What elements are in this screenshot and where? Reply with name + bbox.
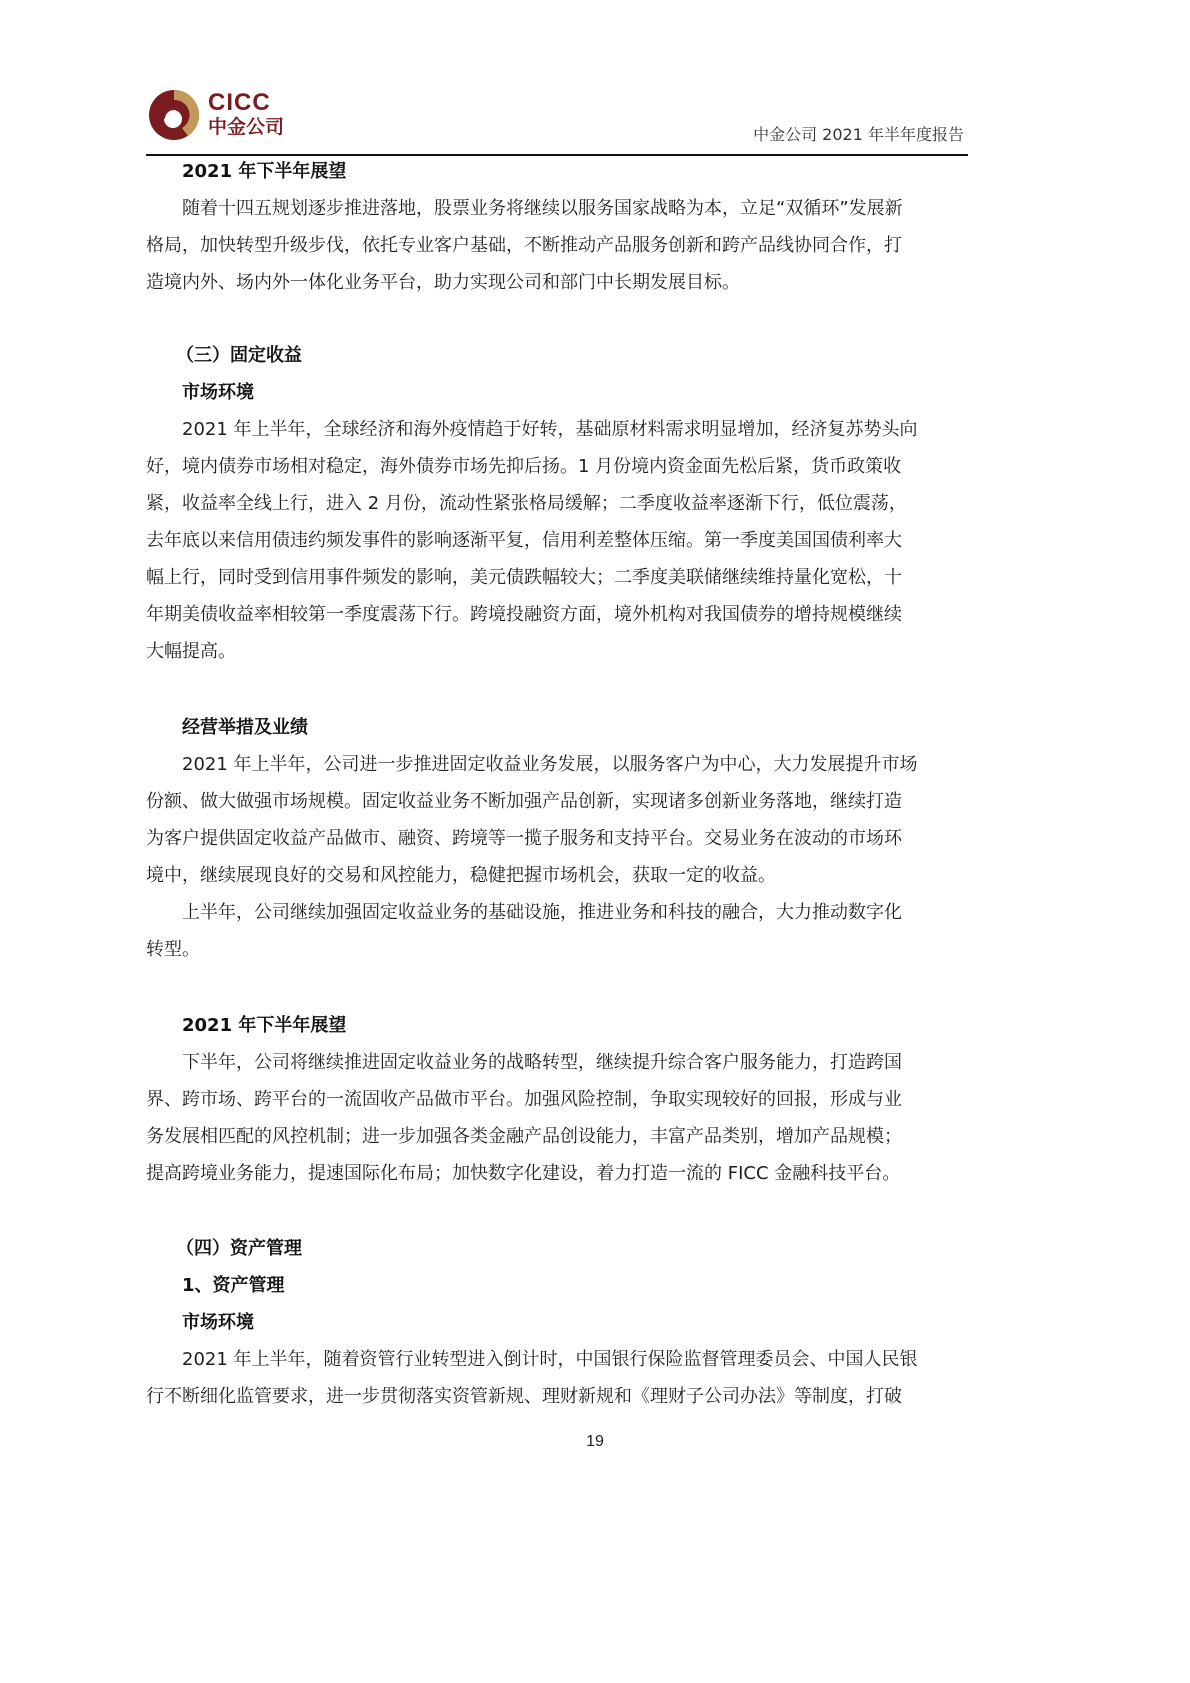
paragraph-line: 好，境内债券市场相对稳定，海外债券市场先抑后扬。1 月份境内资金面先松后紧，货币…: [146, 452, 901, 482]
heading-operations-performance: 经营举措及业绩: [182, 713, 308, 743]
paragraph-line: 格局，加快转型升级步伐，依托专业客户基础，不断推动产品服务创新和跨产品线协同合作…: [146, 231, 902, 261]
paragraph-line: 造境内外、场内外一体化业务平台，助力实现公司和部门中长期发展目标。: [146, 268, 740, 298]
paragraph-line: 2021 年上半年，公司进一步推进固定收益业务发展，以服务客户为中心，大力发展提…: [182, 750, 918, 780]
paragraph-line: 行不断细化监管要求，进一步贯彻落实资管新规、理财新规和《理财子公司办法》等制度，…: [146, 1382, 902, 1412]
paragraph-line: 为客户提供固定收益产品做市、融资、跨境等一揽子服务和支持平台。交易业务在波动的市…: [146, 824, 902, 854]
heading-market-environment-am: 市场环境: [182, 1308, 254, 1338]
section-heading-fixed-income: （三）固定收益: [176, 341, 302, 371]
document-page: CICC 中金公司 中金公司 2021 年半年度报告 2021 年下半年展望 随…: [0, 0, 1190, 1683]
paragraph-line: 务发展相匹配的风控机制；进一步加强各类金融产品创设能力，丰富产品类别，增加产品规…: [146, 1122, 902, 1152]
paragraph-line: 份额、做大做强市场规模。固定收益业务不断加强产品创新，实现诸多创新业务落地，继续…: [146, 787, 902, 817]
paragraph-line: 2021 年上半年，全球经济和海外疫情趋于好转，基础原材料需求明显增加，经济复苏…: [182, 415, 918, 445]
heading-market-environment: 市场环境: [182, 378, 254, 408]
paragraph-line: 下半年，公司将继续推进固定收益业务的战略转型，继续提升综合客户服务能力，打造跨国: [182, 1048, 902, 1078]
paragraph-line: 幅上行，同时受到信用事件频发的影响，美元债跌幅较大；二季度美联储继续维持量化宽松…: [146, 563, 902, 593]
section-heading-asset-management: （四）资产管理: [176, 1234, 302, 1264]
paragraph-line: 界、跨市场、跨平台的一流固收产品做市平台。加强风险控制，争取实现较好的回报，形成…: [146, 1085, 902, 1115]
heading-h2-outlook: 2021 年下半年展望: [182, 157, 346, 187]
page-number: 19: [0, 1433, 1190, 1451]
paragraph-line: 紧，收益率全线上行，进入 2 月份，流动性紧张格局缓解；二季度收益率逐渐下行，低…: [146, 489, 907, 519]
paragraph-line: 随着十四五规划逐步推进落地，股票业务将继续以服务国家战略为本，立足“双循环”发展…: [182, 194, 903, 224]
paragraph-line: 2021 年上半年，随着资管行业转型进入倒计时，中国银行保险监督管理委员会、中国…: [182, 1345, 918, 1375]
cicc-logo: CICC 中金公司: [148, 88, 298, 144]
subsection-heading-asset-management: 1、资产管理: [182, 1271, 285, 1301]
logo-text-en: CICC: [208, 91, 271, 115]
paragraph-line: 上半年，公司继续加强固定收益业务的基础设施，推进业务和科技的融合，大力推动数字化: [182, 898, 902, 928]
paragraph-line: 提高跨境业务能力，提速国际化布局；加快数字化建设，着力打造一流的 FICC 金融…: [146, 1159, 900, 1189]
header-divider: [146, 154, 968, 156]
report-title: 中金公司 2021 年半年度报告: [753, 124, 964, 146]
paragraph-line: 去年底以来信用债违约频发事件的影响逐渐平复，信用利差整体压缩。第一季度美国国债利…: [146, 526, 902, 556]
cicc-logo-mark-icon: [148, 88, 200, 142]
paragraph-line: 年期美债收益率相较第一季度震荡下行。跨境投融资方面，境外机构对我国债券的增持规模…: [146, 600, 902, 630]
page-header: CICC 中金公司 中金公司 2021 年半年度报告: [146, 84, 966, 156]
paragraph-line: 转型。: [146, 935, 200, 965]
paragraph-line: 境中，继续展现良好的交易和风控能力，稳健把握市场机会，获取一定的收益。: [146, 861, 776, 891]
paragraph-line: 大幅提高。: [146, 637, 236, 667]
logo-text-cn: 中金公司: [208, 115, 284, 139]
heading-h2-outlook-fixed-income: 2021 年下半年展望: [182, 1011, 346, 1041]
